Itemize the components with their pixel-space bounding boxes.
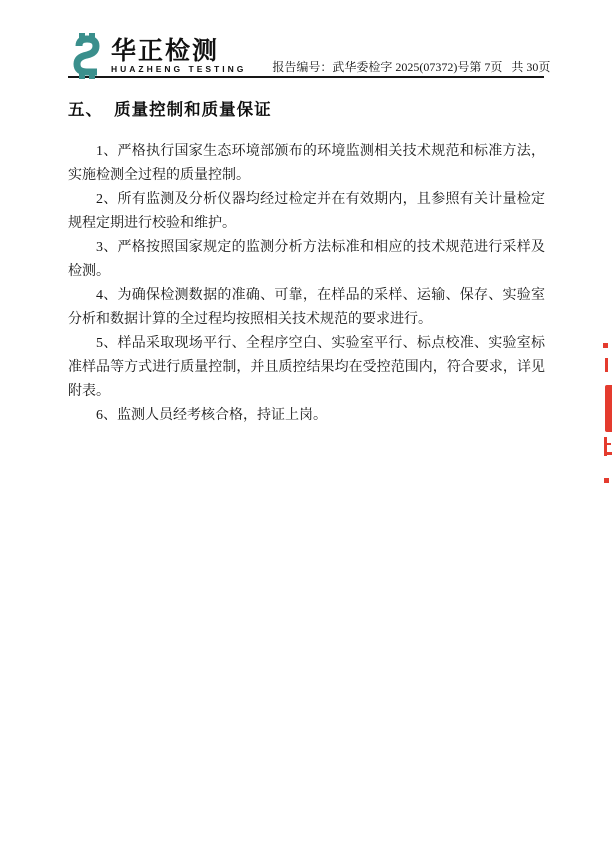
stamp-fragment-icon: [604, 443, 611, 445]
brand-name-cn: 华正检测: [111, 38, 246, 64]
stamp-fragment-icon: [604, 452, 612, 455]
stamp-fragment-icon: [605, 358, 608, 372]
brand-name-en: HUAZHENG TESTING: [111, 64, 246, 75]
stamp-fragment-icon: [605, 385, 612, 432]
huazheng-logo-icon: [68, 33, 106, 79]
section-title: 五、 质量控制和质量保证: [68, 98, 545, 122]
document-body: 五、 质量控制和质量保证 1、严格执行国家生态环境部颁布的环境监测相关技术规范和…: [68, 98, 545, 428]
paragraph-5: 5、样品采取现场平行、全程序空白、实验室平行、标点校准、实验室标准样品等方式进行…: [68, 332, 545, 404]
page-header: 华正检测 HUAZHENG TESTING 报告编号：武华委检字 2025(07…: [68, 36, 544, 78]
stamp-fragment-icon: [604, 478, 609, 483]
page-number-info: 第 7页 共 30页: [469, 60, 550, 76]
paragraph-2: 2、所有监测及分析仪器均经过检定并在有效期内，且参照有关计量检定规程定期进行校验…: [68, 188, 545, 236]
paragraph-4: 4、为确保检测数据的准确、可靠，在样品的采样、运输、保存、实验室分析和数据计算的…: [68, 284, 545, 332]
brand-block: 华正检测 HUAZHENG TESTING: [111, 38, 246, 76]
report-number: 报告编号：武华委检字 2025(07372)号: [272, 60, 469, 76]
stamp-fragment-icon: [603, 343, 608, 348]
paragraph-3: 3、严格按照国家规定的监测分析方法标准和相应的技术规范进行采样及检测。: [68, 236, 545, 284]
paragraph-6: 6、监测人员经考核合格，持证上岗。: [68, 404, 545, 428]
paragraph-1: 1、严格执行国家生态环境部颁布的环境监测相关技术规范和标准方法，实施检测全过程的…: [68, 140, 545, 188]
document-page: { "header": { "logo_icon": "huazheng-log…: [0, 0, 612, 866]
section-paragraphs: 1、严格执行国家生态环境部颁布的环境监测相关技术规范和标准方法，实施检测全过程的…: [68, 140, 545, 428]
